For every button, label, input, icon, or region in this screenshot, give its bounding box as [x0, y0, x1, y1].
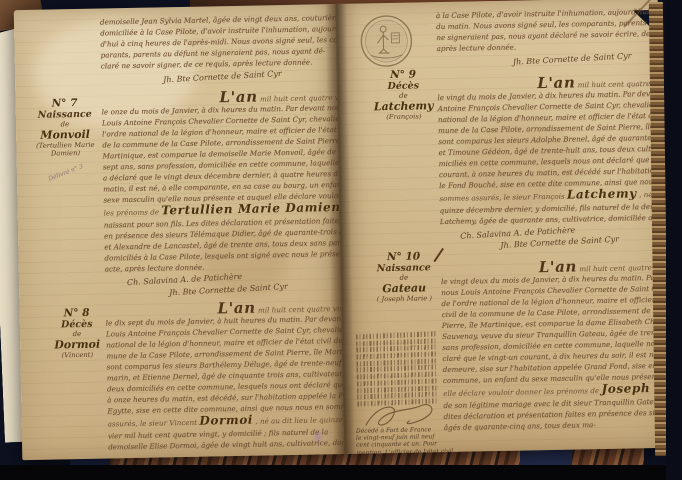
act-given-names: ( Joseph Marie )	[365, 294, 443, 303]
entry7-margin: N° 7 Naissance de Monvoil (Tertullien Ma…	[27, 97, 103, 177]
entry9-margin: N° 9 Décès de Latchemy (François)	[365, 68, 442, 121]
left-page: demoiselle Jean Sylvia Martel, âgée de v…	[14, 4, 345, 460]
act-given-names: (François)	[366, 112, 442, 121]
round-seal-stamp-icon	[358, 13, 415, 70]
deceased-name-highlight: Latchemy	[567, 186, 637, 201]
margin-delivery-note: Délivré n° 3	[30, 156, 102, 189]
deceased-name-highlight: Dormoi	[199, 413, 253, 428]
photo-bottom-edge	[0, 465, 682, 480]
entry8-margin: N° 8 Décès de Dormoi (Vincent)	[41, 306, 112, 359]
highlight-suffix: , né au dit lieu le quinze Jan-	[255, 415, 344, 426]
entry10-body: le vingt deux du mois de Janvier, à dix …	[441, 271, 666, 433]
act-type-label: Naissance	[28, 109, 102, 121]
marginal-annotation-scribble	[356, 332, 437, 407]
act-given-names: Damien)	[28, 149, 102, 158]
entry9-body: le vingt du mois de Janvier, à dix heure…	[437, 87, 666, 227]
highlight-prefix: les prénoms de	[104, 207, 160, 217]
act-surname: Latchemy	[366, 99, 442, 113]
entry10-margin: N° 10 Naissance de Gateau ( Joseph Marie…	[364, 250, 443, 303]
left-top-fragment: demoiselle Jean Sylvia Martel, âgée de v…	[100, 12, 344, 72]
officiant-signature: Jh. Bte Cornette de Saint Cyr	[169, 282, 288, 297]
archival-register-photo: demoiselle Jean Sylvia Martel, âgée de v…	[0, 0, 682, 480]
highlight-prefix: assurés, le sieur Vincent	[108, 418, 198, 429]
officiant-signature: Jh. Bte Cornette de Saint Cyr	[513, 51, 632, 66]
right-page: à la Case Pilote, d'avoir instruite l'in…	[336, 0, 667, 454]
highlight-prefix: sommes assurés, le sieur François	[439, 192, 564, 203]
photo-right-edge	[666, 0, 682, 480]
act-given-names: (Vincent)	[42, 350, 112, 359]
officiant-signature: Jh. Bte Cornette de Saint Cyr	[163, 69, 282, 84]
entry7-body: le onze du mois de Janvier, à dix heures…	[102, 101, 345, 274]
marginal-death-mention: Décédé à Fort de Francele vingt-neuf jui…	[356, 426, 454, 454]
right-top-fragment: à la Case Pilote, d'avoir instruite l'in…	[436, 5, 666, 54]
entry8-body: le dix sept du mois de Janvier, à huit h…	[106, 312, 345, 452]
register-spread: demoiselle Jean Sylvia Martel, âgée de v…	[14, 0, 667, 460]
highlight-prefix: elle déclare vouloir donner les prénoms …	[443, 386, 599, 398]
